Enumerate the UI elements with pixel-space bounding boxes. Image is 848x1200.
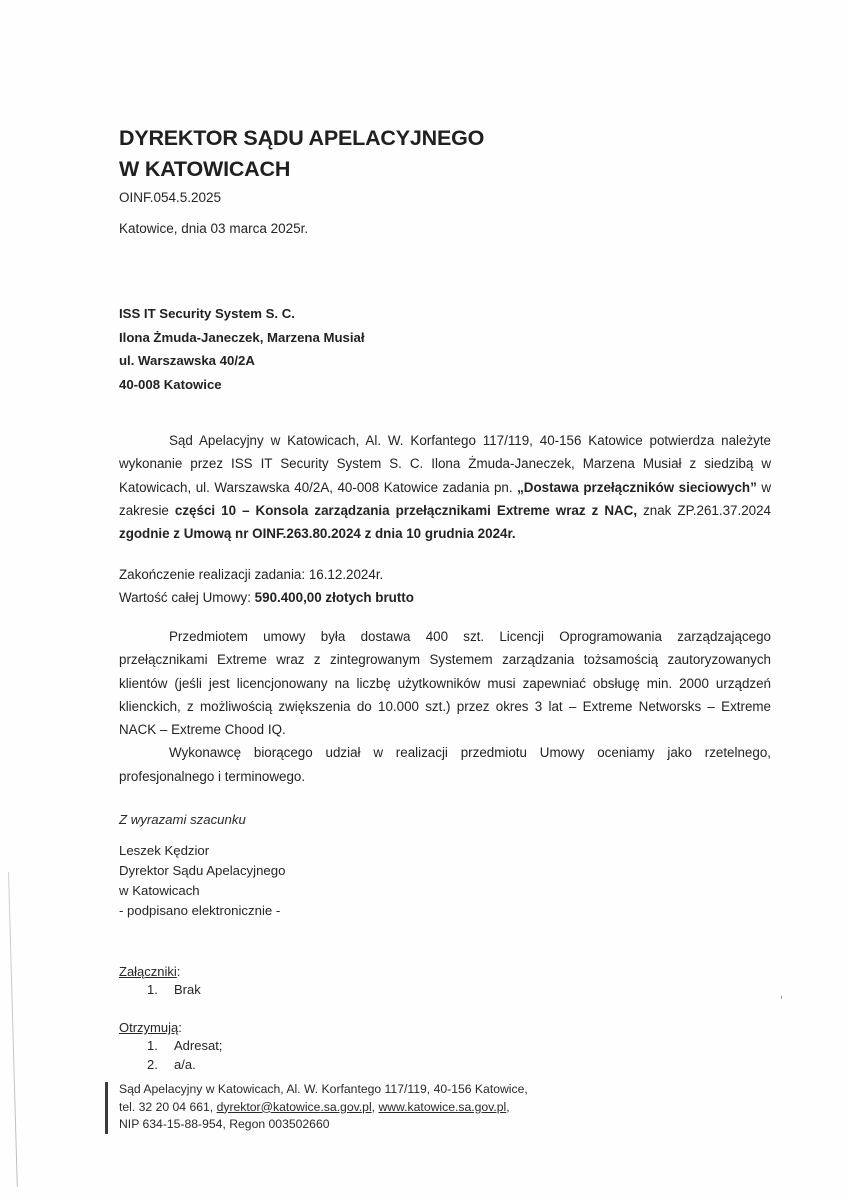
letter-page: DYREKTOR SĄDU APELACYJNEGO W KATOWICACH …	[0, 0, 848, 1200]
p1-task-name: „Dostawa przełączników sieciowych”	[517, 480, 757, 495]
footer-email-link[interactable]: dyrektor@katowice.sa.gov.pl	[217, 1100, 372, 1114]
subject-paragraphs: Przedmiotem umowy była dostawa 400 szt. …	[119, 625, 771, 788]
contract-facts: Zakończenie realizacji zadania: 16.12.20…	[119, 563, 414, 609]
recipient-num: 1.	[119, 1037, 174, 1056]
footer-tax-ids: NIP 634-15-88-954, Regon 003502660	[119, 1116, 528, 1134]
recipient-item: 1.Adresat;	[119, 1037, 222, 1056]
value-amount: 590.400,00 złotych brutto	[255, 590, 414, 605]
assessment-paragraph: Wykonawcę biorącego udział w realizacji …	[119, 741, 771, 788]
footer-address: Sąd Apelacyjny w Katowicach, Al. W. Korf…	[119, 1081, 528, 1099]
signature-block: Leszek Kędzior Dyrektor Sądu Apelacyjneg…	[119, 841, 285, 921]
attachment-text: Brak	[174, 981, 201, 1000]
p1-text-3: znak ZP.261.37.2024	[637, 503, 771, 518]
recipients-section: Otrzymują: 1.Adresat; 2.a/a.	[119, 1019, 222, 1074]
subject-text: Przedmiotem umowy była dostawa 400 szt. …	[119, 629, 771, 737]
p1-part-scope: części 10 – Konsola zarządzania przełącz…	[175, 503, 637, 518]
recipient-text: a/a.	[174, 1056, 196, 1075]
recipient-text: Adresat;	[174, 1037, 222, 1056]
closing-phrase: Z wyrazami szacunku	[119, 812, 246, 827]
issuer-title-line1: DYREKTOR SĄDU APELACYJNEGO	[119, 123, 484, 154]
addressee-company: ISS IT Security System S. C.	[119, 302, 365, 326]
value-row: Wartość całej Umowy: 590.400,00 złotych …	[119, 586, 414, 609]
scan-speck	[781, 996, 782, 999]
confirmation-paragraph: Sąd Apelacyjny w Katowicach, Al. W. Korf…	[119, 429, 771, 545]
attachments-list: 1.Brak	[119, 981, 201, 1000]
recipients-list: 1.Adresat; 2.a/a.	[119, 1037, 222, 1074]
issuer-title: DYREKTOR SĄDU APELACYJNEGO W KATOWICACH	[119, 123, 484, 185]
footer-tel: tel. 32 20 04 661,	[119, 1100, 217, 1114]
footer-website-link[interactable]: www.katowice.sa.gov.pl	[378, 1100, 506, 1114]
footer-trailing-comma: ,	[506, 1100, 509, 1114]
attachments-label: Załączniki	[119, 964, 177, 979]
footer-accent-bar	[105, 1082, 108, 1134]
signer-position-line2: w Katowicach	[119, 881, 285, 901]
addressee-names: Ilona Żmuda-Janeczek, Marzena Musiał	[119, 326, 365, 350]
subject-paragraph: Przedmiotem umowy była dostawa 400 szt. …	[119, 625, 771, 741]
recipients-label: Otrzymują	[119, 1020, 178, 1035]
assessment-text: Wykonawcę biorącego udział w realizacji …	[119, 745, 771, 783]
scan-artifact-line	[8, 872, 18, 1187]
addressee-block: ISS IT Security System S. C. Ilona Żmuda…	[119, 302, 365, 396]
attachment-num: 1.	[119, 981, 174, 1000]
reference-number: OINF.054.5.2025	[119, 190, 221, 205]
recipient-num: 2.	[119, 1056, 174, 1075]
p1-contract-ref: zgodnie z Umową nr OINF.263.80.2024 z dn…	[119, 526, 516, 541]
issuer-title-line2: W KATOWICACH	[119, 154, 484, 185]
attachments-section: Załączniki: 1.Brak	[119, 963, 201, 1000]
footer-contact: Sąd Apelacyjny w Katowicach, Al. W. Korf…	[119, 1081, 528, 1134]
attachment-item: 1.Brak	[119, 981, 201, 1000]
signed-electronically-note: - podpisano elektronicznie -	[119, 901, 285, 921]
completion-row: Zakończenie realizacji zadania: 16.12.20…	[119, 563, 414, 586]
signer-position-line1: Dyrektor Sądu Apelacyjnego	[119, 861, 285, 881]
recipient-item: 2.a/a.	[119, 1056, 222, 1075]
addressee-city: 40-008 Katowice	[119, 373, 365, 397]
addressee-street: ul. Warszawska 40/2A	[119, 349, 365, 373]
completion-date: 16.12.2024r.	[309, 567, 383, 582]
footer-contacts-row: tel. 32 20 04 661, dyrektor@katowice.sa.…	[119, 1099, 528, 1117]
signer-name: Leszek Kędzior	[119, 841, 285, 861]
completion-label: Zakończenie realizacji zadania:	[119, 567, 309, 582]
value-label: Wartość całej Umowy:	[119, 590, 255, 605]
place-date: Katowice, dnia 03 marca 2025r.	[119, 221, 308, 236]
